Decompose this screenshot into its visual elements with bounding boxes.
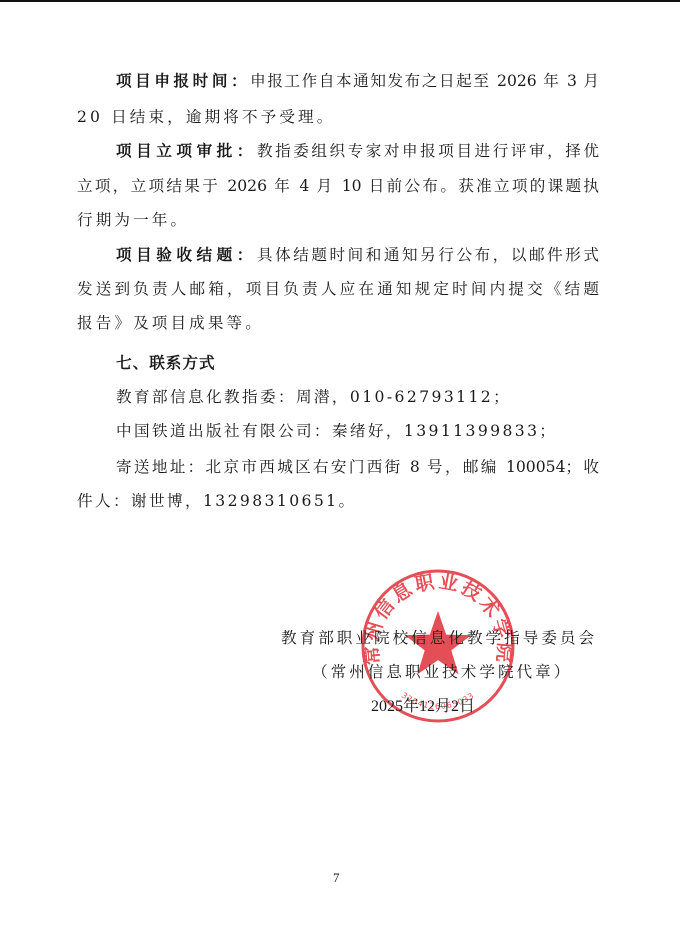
signature-proxy: （常州信息职业技术学院代章） bbox=[312, 660, 572, 682]
signature-org: 教育部职业院校信息化教学指导委员会 bbox=[281, 626, 597, 648]
contact-item: 教育部信息化教指委：周潜，010-62793112； bbox=[116, 387, 599, 407]
approval-text: 教指委组织专家对申报项目进行评审，择优 bbox=[257, 142, 599, 160]
document-page: 项目申报时间：申报工作自本通知发布之日起至 2026 年 3 月 20 日结束，… bbox=[0, 0, 680, 941]
acceptance-label: 项目验收结题： bbox=[116, 246, 257, 264]
declaration-time-label: 项目申报时间： bbox=[116, 72, 250, 90]
contact-item: 件人：谢世博，13298310651。 bbox=[77, 491, 599, 511]
signature-date: 2025年12月2日 bbox=[371, 693, 475, 716]
approval-label: 项目立项审批： bbox=[116, 142, 257, 160]
acceptance-line-3: 报告》及项目成果等。 bbox=[77, 313, 599, 333]
declaration-time-line-2: 20 日结束，逾期将不予受理。 bbox=[77, 107, 599, 127]
acceptance-text: 具体结题时间和通知另行公布，以邮件形式 bbox=[257, 246, 599, 264]
acceptance-line-2: 发送到负责人邮箱，项目负责人应在通知规定时间内提交《结题 bbox=[77, 279, 599, 299]
page-number: 7 bbox=[333, 870, 340, 886]
contact-heading: 七、联系方式 bbox=[116, 351, 216, 373]
approval-line-2: 立项，立项结果于 2026 年 4 月 10 日前公布。获准立项的课题执 bbox=[77, 176, 599, 196]
declaration-time-line-1: 项目申报时间：申报工作自本通知发布之日起至 2026 年 3 月 bbox=[116, 71, 599, 91]
approval-line-1: 项目立项审批：教指委组织专家对申报项目进行评审，择优 bbox=[116, 141, 599, 161]
contact-item: 中国铁道出版社有限公司：秦绪好，13911399833； bbox=[116, 421, 599, 441]
approval-line-3: 行期为一年。 bbox=[77, 210, 599, 230]
acceptance-line-1: 项目验收结题：具体结题时间和通知另行公布，以邮件形式 bbox=[116, 245, 599, 265]
contact-item: 寄送地址：北京市西城区右安门西街 8 号，邮编 100054；收 bbox=[116, 457, 599, 477]
declaration-time-text: 申报工作自本通知发布之日起至 2026 年 3 月 bbox=[250, 72, 599, 90]
